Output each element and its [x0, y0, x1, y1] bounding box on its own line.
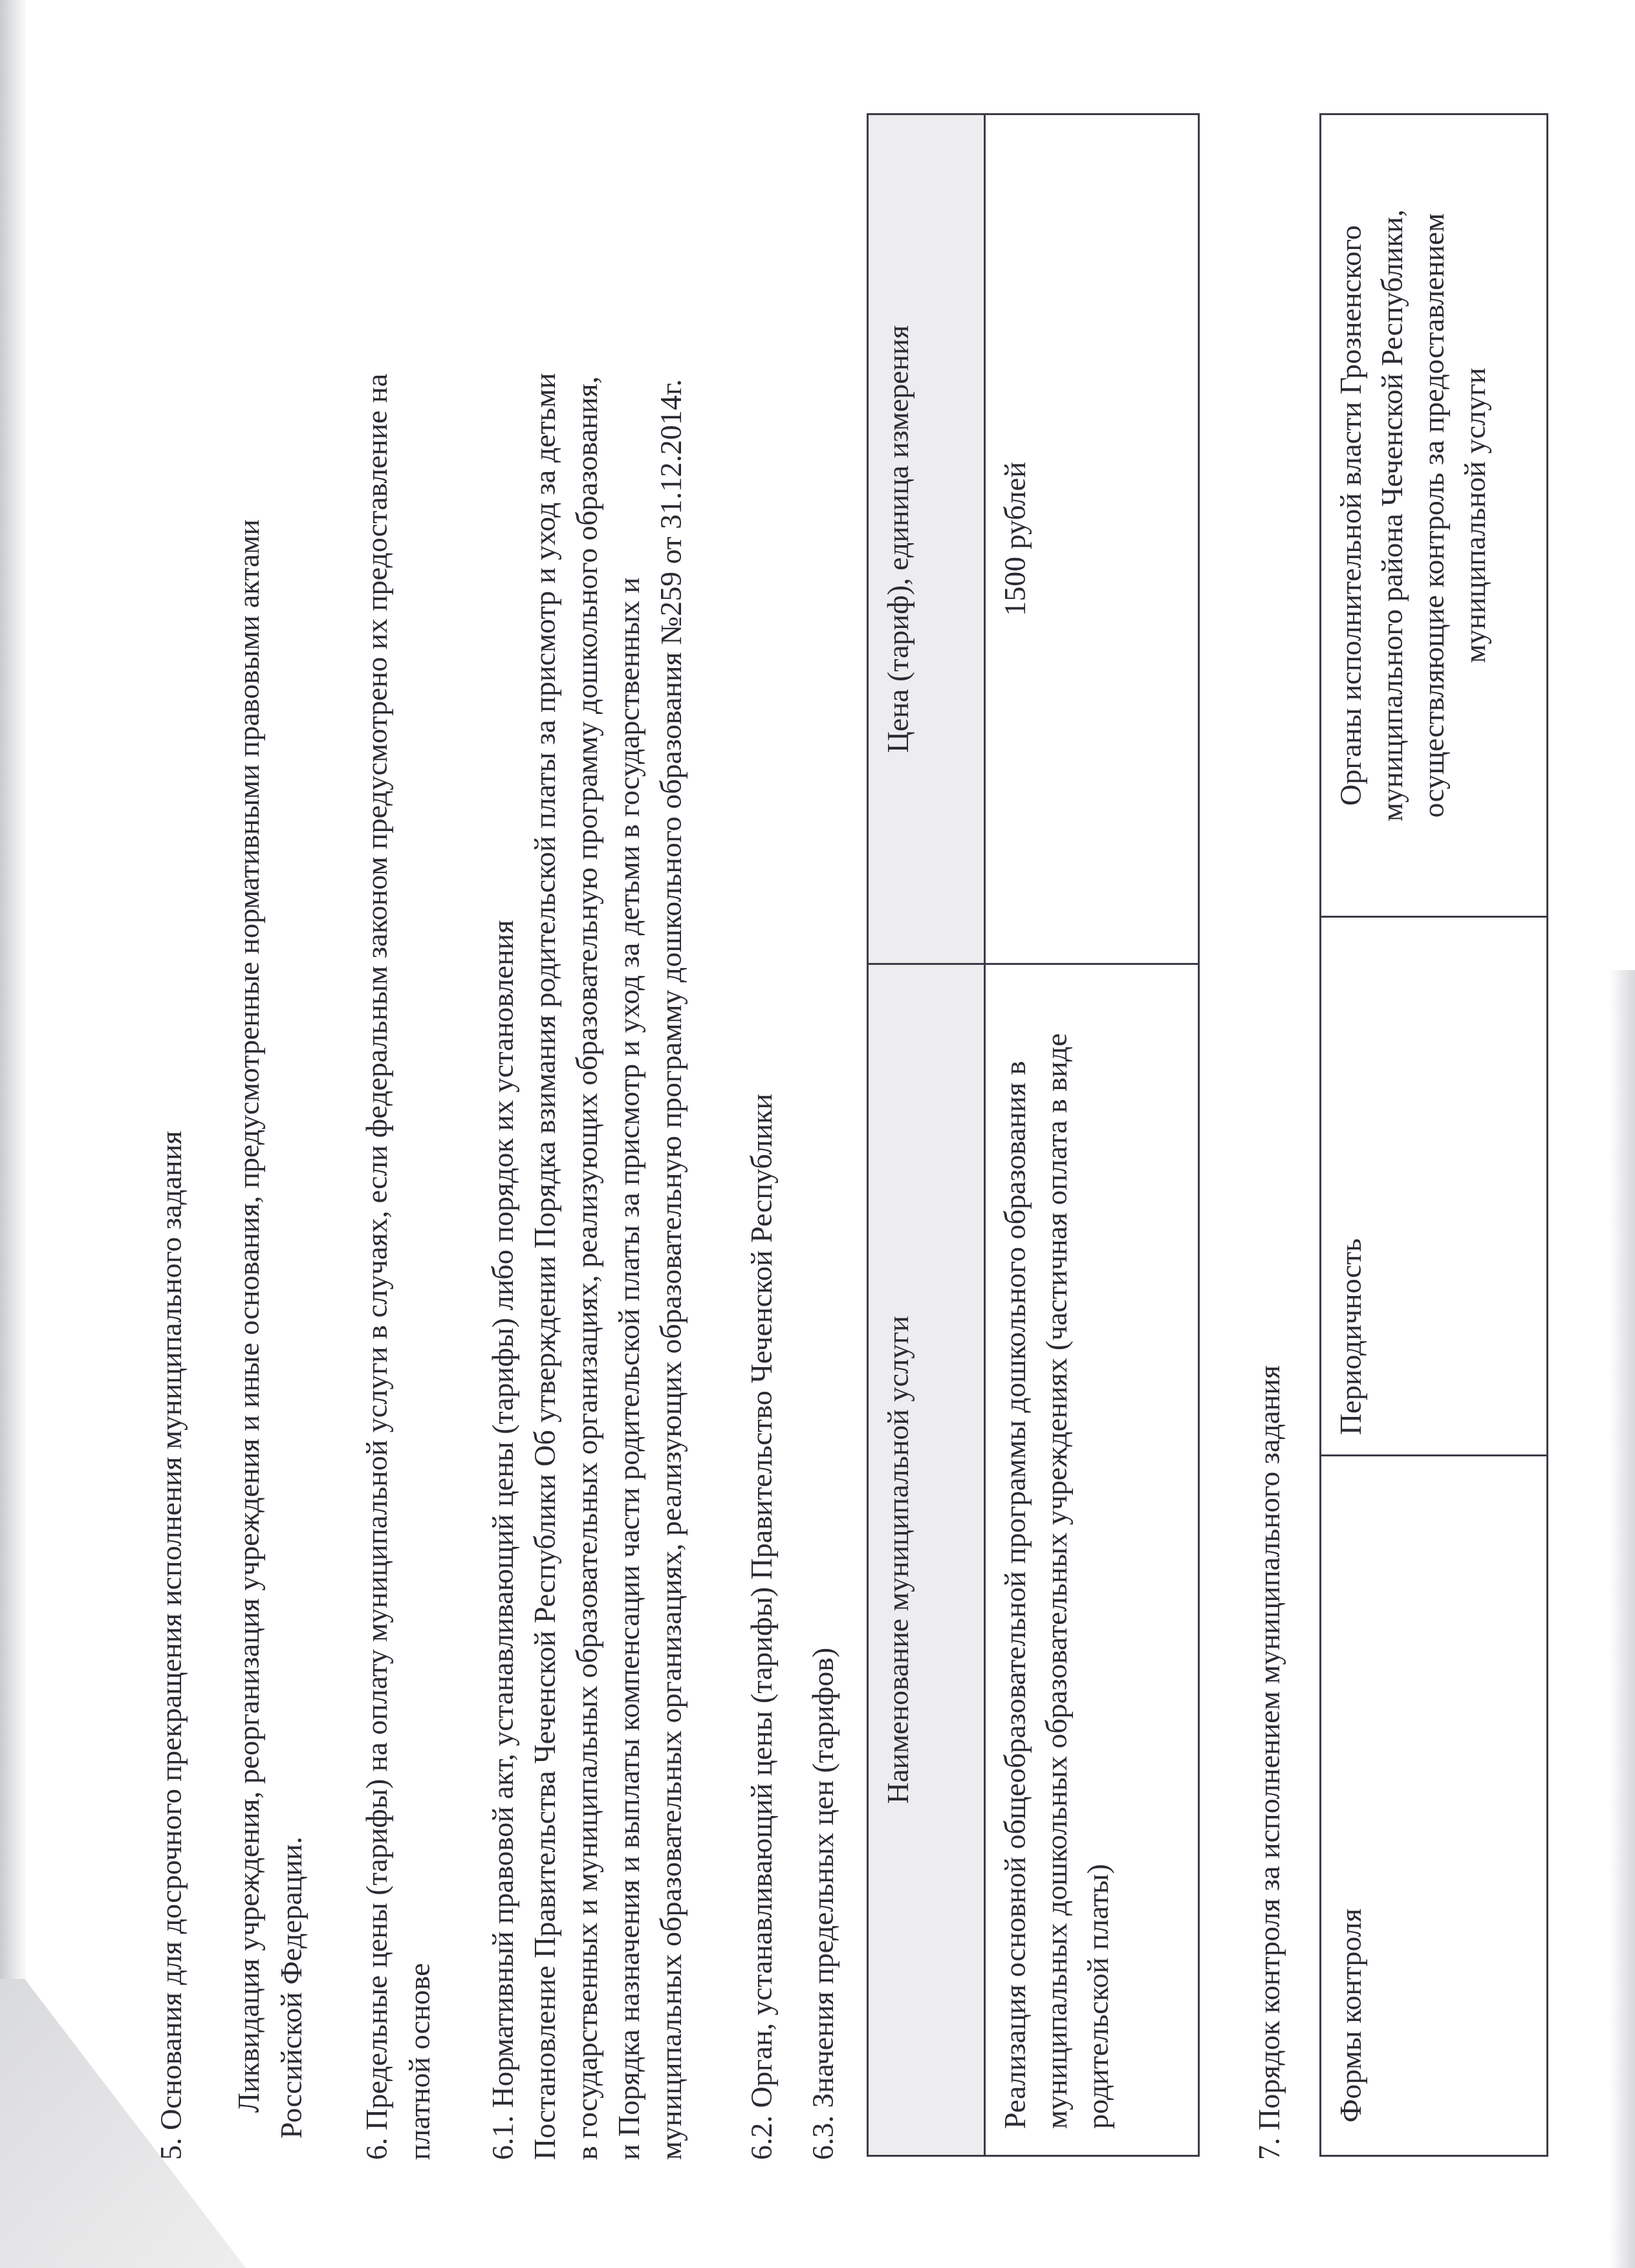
- header-cell-price: Цена (тариф), единица измерения: [868, 114, 985, 964]
- document-page: 5. Основания для досрочного прекращения …: [0, 0, 1635, 2268]
- cell-price-value: 1500 рублей: [985, 114, 1199, 964]
- section-6-2-text: 6.2. Орган, устанавливающий цены (тарифы…: [741, 1094, 783, 2160]
- header-cell-control-bodies: Органы исполнительной власти Грозненског…: [1321, 114, 1548, 917]
- cell-service-name: Реализация основной общеобразовательной …: [985, 964, 1199, 2156]
- control-table: Формы контроля Периодичность Органы испо…: [1319, 113, 1548, 2157]
- header-cell-periodicity: Периодичность: [1321, 917, 1548, 1456]
- header-price-text: Цена (тариф), единица измерения: [882, 325, 915, 753]
- section-7-heading: 7. Порядок контроля за исполнением муниц…: [1248, 1365, 1291, 2160]
- section-6-1-line-2: Постановление Правительства Чеченской Ре…: [524, 373, 567, 2160]
- section-6-1-line-4: и Порядка назначения и выплаты компенсац…: [608, 578, 651, 2160]
- section-6-3-heading: 6.3. Значения предельных цен (тарифов): [802, 1648, 845, 2160]
- prices-table: Наименование муниципальной услуги Цена (…: [867, 113, 1200, 2157]
- section-6-heading-line-1: 6. Предельные цены (тарифы) на оплату му…: [356, 374, 398, 2160]
- table-row: Реализация основной общеобразовательной …: [985, 114, 1199, 2156]
- section-5-text-line-1: Ликвидация учреждения, реорганизация учр…: [228, 519, 270, 2113]
- section-5-text-line-2: Российской Федерации.: [270, 1837, 313, 2139]
- section-6-1-line-1: 6.1. Нормативный правовой акт, устанавли…: [482, 920, 525, 2160]
- section-6-1-line-3: в государственных и муниципальных образо…: [566, 376, 609, 2160]
- header-cell-control-forms: Формы контроля: [1321, 1456, 1548, 2156]
- table-header-row: Формы контроля Периодичность Органы испо…: [1321, 114, 1548, 2156]
- section-6-1-line-5: муниципальных образовательных организаци…: [650, 379, 693, 2160]
- header-cell-service-name: Наименование муниципальной услуги: [868, 964, 985, 2156]
- table-header-row: Наименование муниципальной услуги Цена (…: [868, 114, 985, 2156]
- section-5-heading: 5. Основания для досрочного прекращения …: [150, 1131, 193, 2161]
- section-6-heading-line-2: платной основе: [398, 1963, 441, 2160]
